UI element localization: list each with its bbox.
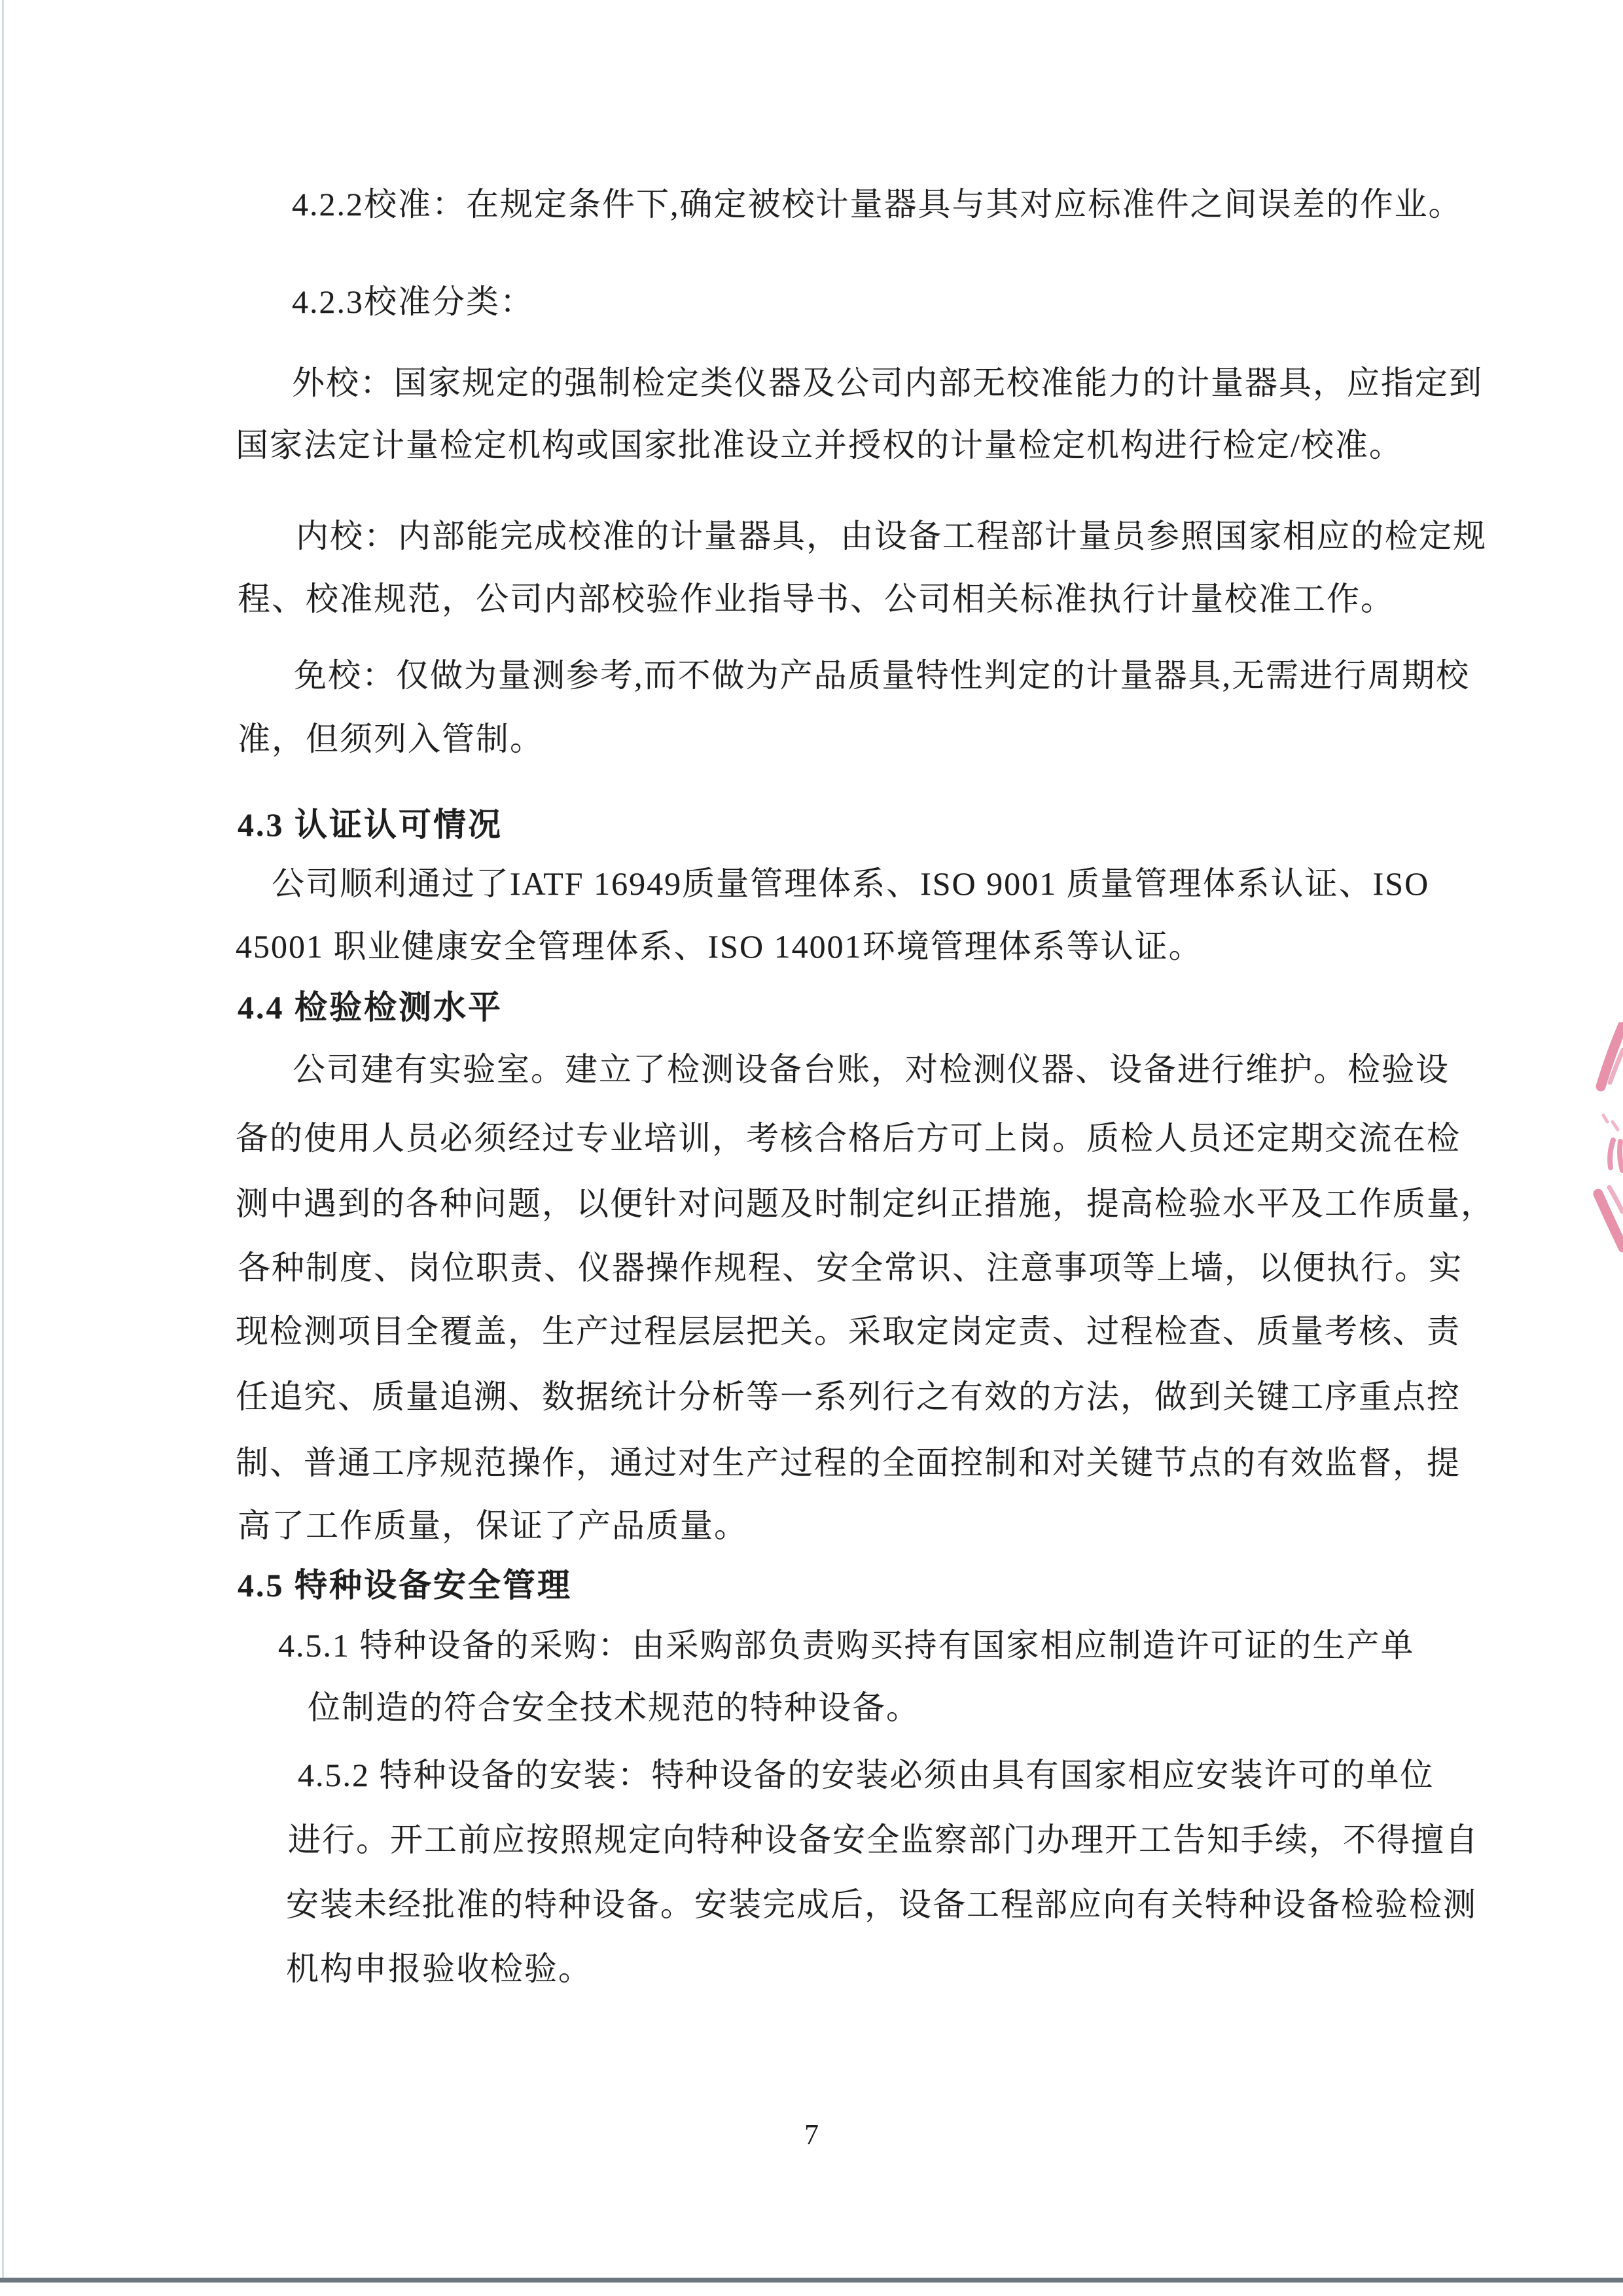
body-line: 位制造的符合安全技术规范的特种设备。 (308, 1689, 920, 1727)
body-line: 进行。开工前应按照规定向特种设备安全监察部门办理开工告知手续，不得擅自 (288, 1821, 1479, 1859)
body-line: 任追究、质量追溯、数据统计分析等一系列行之有效的方法，做到关键工序重点控 (236, 1378, 1461, 1416)
red-seal-stamp-fragment-icon (1589, 1022, 1623, 1258)
body-line: 免校：仅做为量测参考,而不做为产品质量特性判定的计量器具,无需进行周期校 (294, 656, 1470, 694)
section-heading-4-3: 4.3 认证认可情况 (238, 806, 503, 844)
scan-edge-bottom-line (0, 2278, 1623, 2282)
scanned-document-page: 4.2.2校准：在规定条件下,确定被校计量器具与其对应标准件之间误差的作业。 4… (0, 0, 1623, 2296)
body-line: 4.2.3校准分类： (292, 283, 534, 321)
body-line: 4.2.2校准：在规定条件下,确定被校计量器具与其对应标准件之间误差的作业。 (292, 185, 1463, 223)
body-line: 外校：国家规定的强制检定类仪器及公司内部无校准能力的计量器具，应指定到 (292, 364, 1483, 402)
body-line: 4.5.1 特种设备的采购：由采购部负责购买持有国家相应制造许可证的生产单 (278, 1626, 1415, 1664)
body-line: 45001 职业健康安全管理体系、ISO 14001环境管理体系等认证。 (236, 927, 1203, 965)
body-line: 程、校准规范，公司内部校验作业指导书、公司相关标准执行计量校准工作。 (238, 580, 1395, 618)
section-heading-4-5: 4.5 特种设备安全管理 (238, 1566, 572, 1604)
page-number: 7 (0, 2118, 1623, 2151)
body-line: 准，但须列入管制。 (238, 720, 544, 758)
scan-edge-left-line (2, 0, 4, 2280)
body-line: 制、普通工序规范操作，通过对生产过程的全面控制和对关键节点的有效监督，提 (236, 1444, 1461, 1482)
body-line: 4.5.2 特种设备的安装：特种设备的安装必须由具有国家相应安装许可的单位 (298, 1756, 1435, 1794)
body-line: 安装未经批准的特种设备。安装完成后，设备工程部应向有关特种设备检验检测 (286, 1886, 1477, 1924)
body-line: 机构申报验收检验。 (286, 1950, 592, 1988)
body-line: 公司顺利通过了IATF 16949质量管理体系、ISO 9001 质量管理体系认… (272, 865, 1429, 903)
body-line: 国家法定计量检定机构或国家批准设立并授权的计量检定机构进行检定/校准。 (236, 426, 1403, 464)
body-line: 现检测项目全覆盖，生产过程层层把关。采取定岗定责、过程检查、质量考核、责 (236, 1312, 1461, 1350)
section-heading-4-4: 4.4 检验检测水平 (238, 988, 503, 1026)
body-line: 备的使用人员必须经过专业培训，考核合格后方可上岗。质检人员还定期交流在检 (236, 1119, 1461, 1157)
body-line: 公司建有实验室。建立了检测设备台账，对检测仪器、设备进行维护。检验设 (293, 1050, 1450, 1088)
body-line: 测中遇到的各种问题，以便针对问题及时制定纠正措施，提高检验水平及工作质量， (236, 1185, 1495, 1223)
body-line: 内校：内部能完成校准的计量器具，由设备工程部计量员参照国家相应的检定规 (296, 517, 1487, 555)
body-line: 高了工作质量，保证了产品质量。 (238, 1507, 748, 1545)
body-line: 各种制度、岗位职责、仪器操作规程、安全常识、注意事项等上墙，以便执行。实 (238, 1249, 1463, 1287)
